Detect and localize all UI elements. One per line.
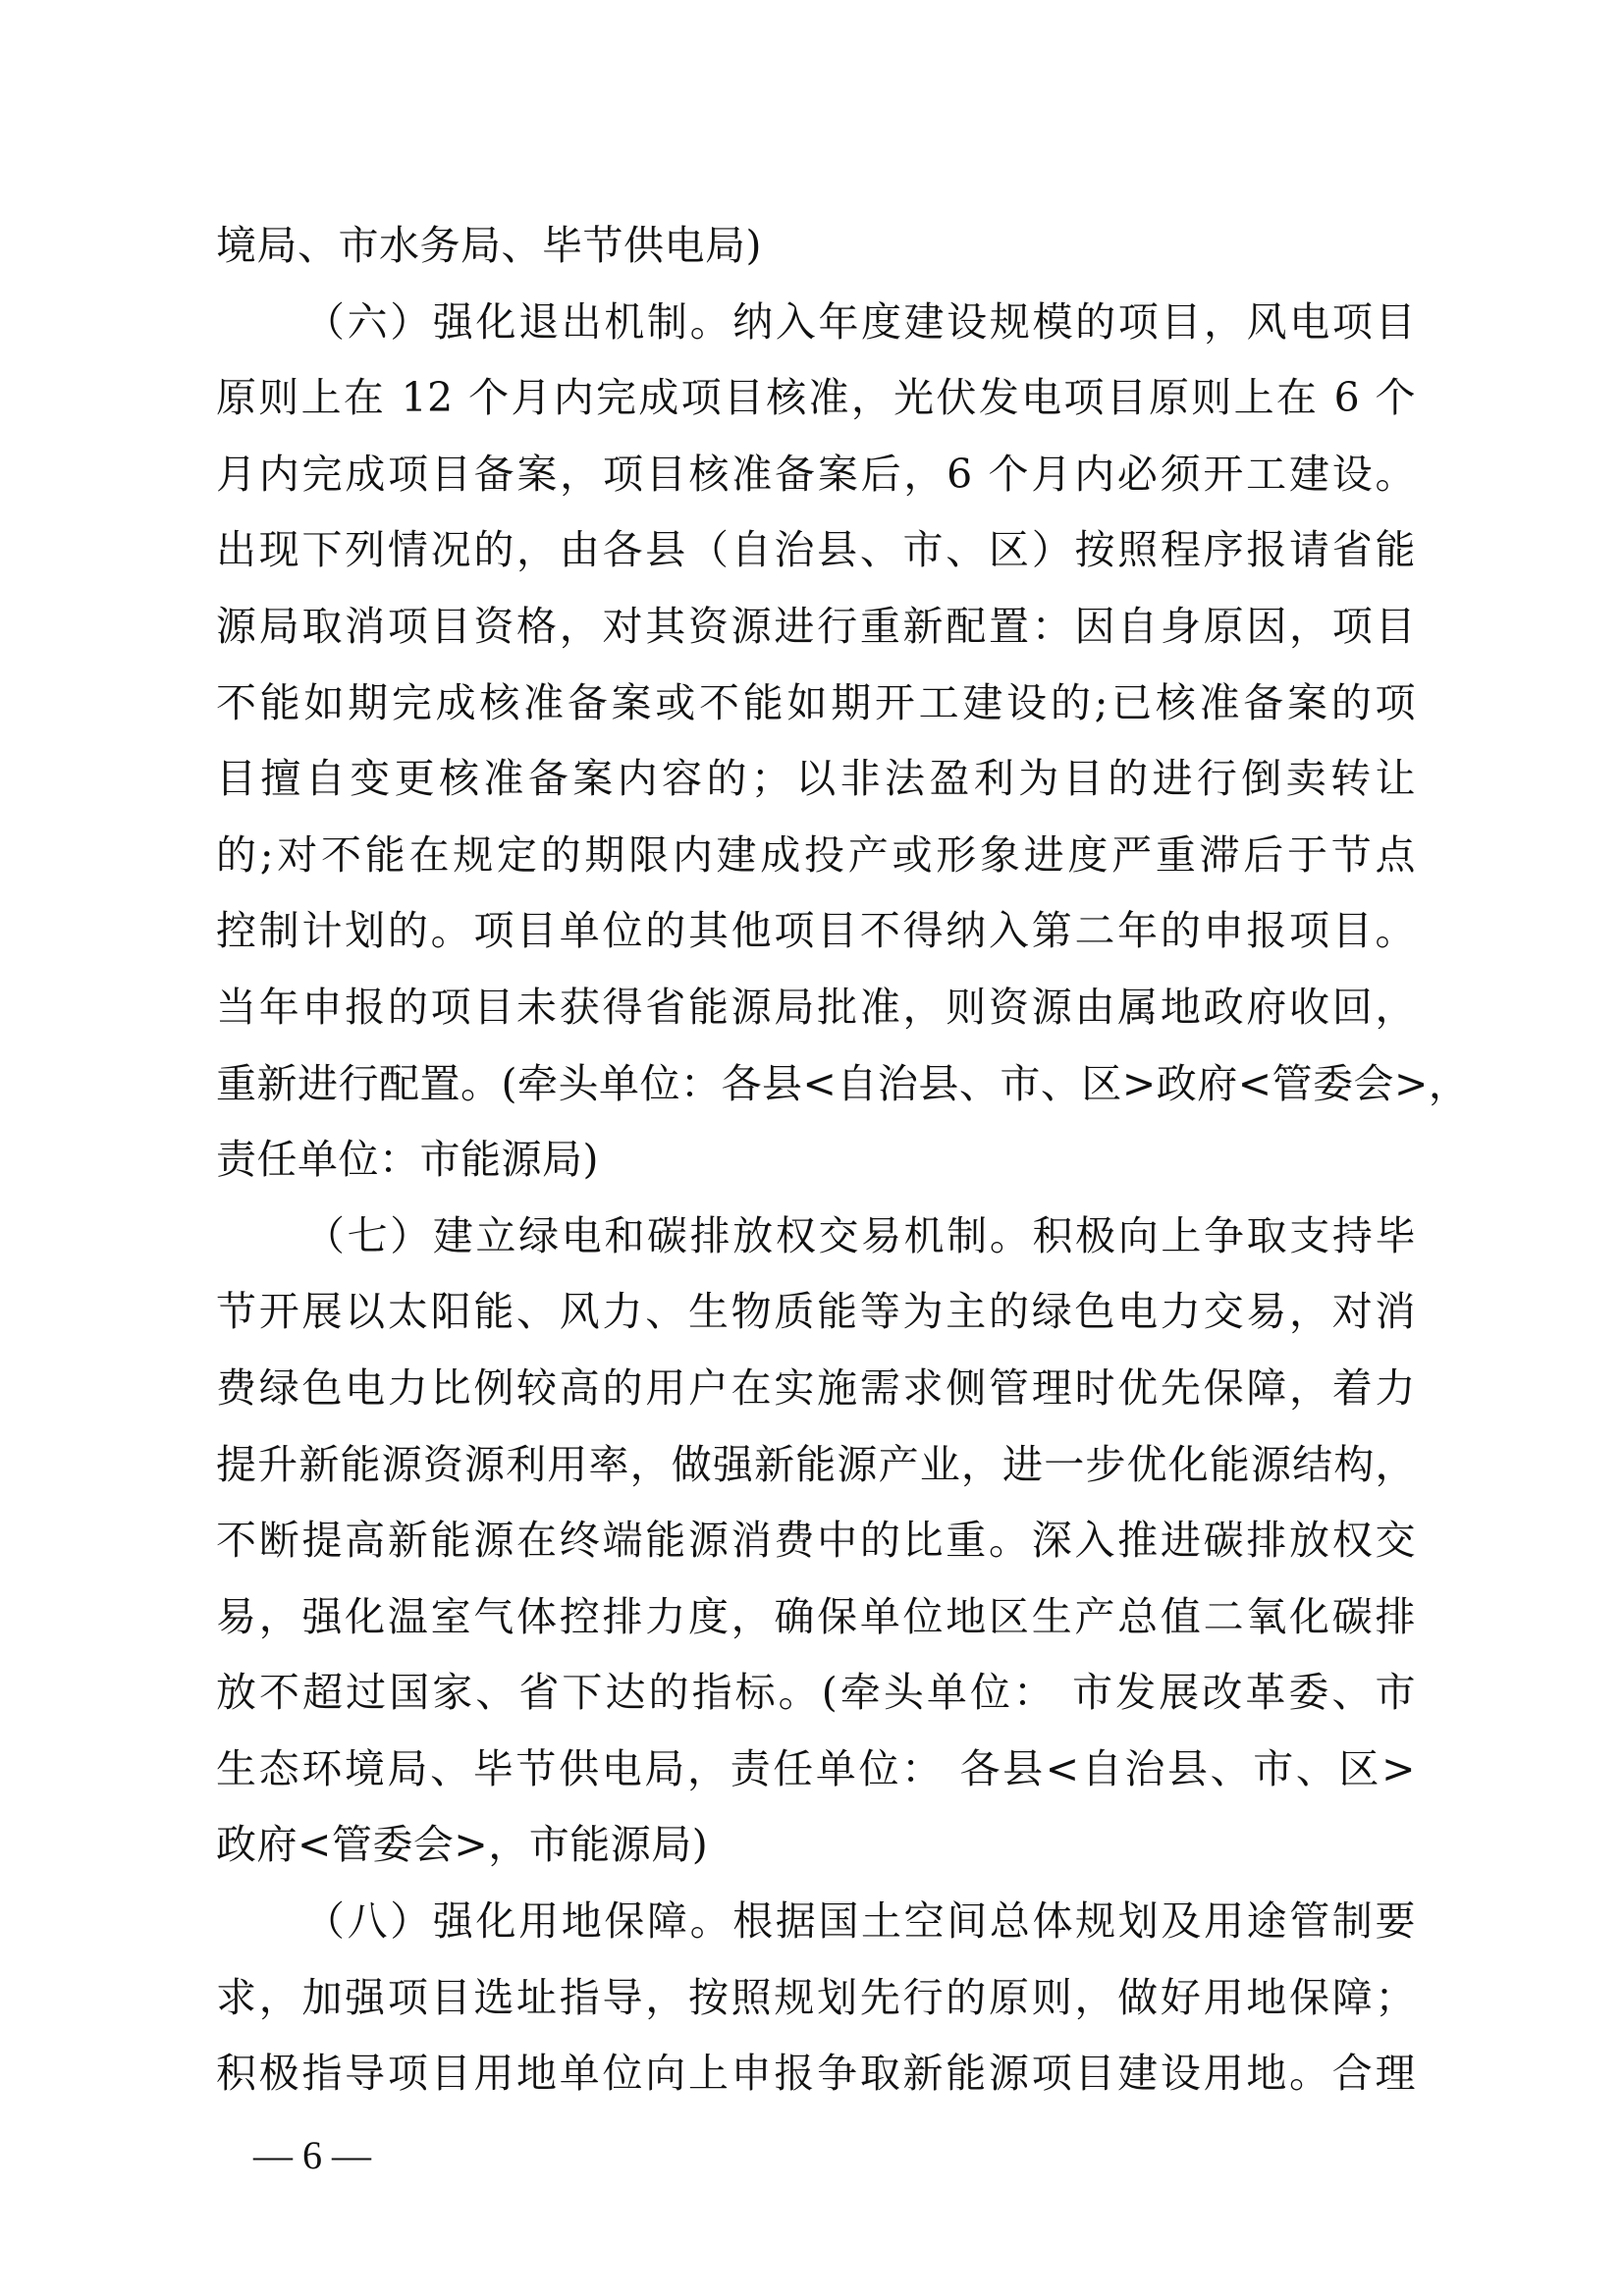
text-line: 易，强化温室气体控排力度，确保单位地区生产总值二氧化碳排	[216, 1579, 1416, 1656]
text-line: 节开展以太阳能、风力、生物质能等为主的绿色电力交易，对消	[216, 1274, 1416, 1351]
text-line: 政府<管委会>，市能源局)	[216, 1807, 1416, 1884]
text-line: 重新进行配置。(牵头单位：各县<自治县、市、区>政府<管委会>，	[216, 1046, 1416, 1123]
text-line: 当年申报的项目未获得省能源局批准，则资源由属地政府收回，	[216, 970, 1416, 1046]
text-line: 出现下列情况的，由各县（自治县、市、区）按照程序报请省能	[216, 512, 1416, 589]
section-heading-line-8: （八）强化用地保障。根据国土空间总体规划及用途管制要	[216, 1884, 1416, 1960]
text-line: 求，加强项目选址指导，按照规划先行的原则，做好用地保障；	[216, 1960, 1416, 2037]
section-heading-line-7: （七）建立绿电和碳排放权交易机制。积极向上争取支持毕	[216, 1199, 1416, 1275]
text-line: 境局、市水务局、毕节供电局)	[216, 208, 1416, 285]
text-line: 控制计划的。项目单位的其他项目不得纳入第二年的申报项目。	[216, 893, 1416, 970]
text-line: 生态环境局、毕节供电局，责任单位： 各县<自治县、市、区>	[216, 1732, 1416, 1808]
text-line: 放不超过国家、省下达的指标。(牵头单位： 市发展改革委、市	[216, 1655, 1416, 1732]
document-page: 境局、市水务局、毕节供电局) （六）强化退出机制。纳入年度建设规模的项目，风电项…	[0, 0, 1623, 2296]
text-line: 原则上在 12 个月内完成项目核准，光伏发电项目原则上在 6 个	[216, 360, 1416, 437]
page-number: — 6 —	[253, 2128, 371, 2183]
text-line: 积极指导项目用地单位向上申报争取新能源项目建设用地。合理	[216, 2036, 1416, 2112]
text-line: 源局取消项目资格，对其资源进行重新配置：因自身原因，项目	[216, 589, 1416, 666]
text-line: 提升新能源资源利用率，做强新能源产业，进一步优化能源结构，	[216, 1427, 1416, 1504]
text-line: 月内完成项目备案，项目核准备案后，6 个月内必须开工建设。	[216, 437, 1416, 513]
text-line: 目擅自变更核准备案内容的；以非法盈利为目的进行倒卖转让	[216, 741, 1416, 818]
text-line: 责任单位：市能源局)	[216, 1122, 1416, 1199]
text-line: 不能如期完成核准备案或不能如期开工建设的;已核准备案的项	[216, 666, 1416, 742]
text-line: 不断提高新能源在终端能源消费中的比重。深入推进碳排放权交	[216, 1503, 1416, 1579]
section-heading-line-6: （六）强化退出机制。纳入年度建设规模的项目，风电项目	[216, 285, 1416, 361]
text-line: 的;对不能在规定的期限内建成投产或形象进度严重滞后于节点	[216, 818, 1416, 894]
text-line: 费绿色电力比例较高的用户在实施需求侧管理时优先保障，着力	[216, 1351, 1416, 1427]
document-body: 境局、市水务局、毕节供电局) （六）强化退出机制。纳入年度建设规模的项目，风电项…	[216, 208, 1416, 2112]
